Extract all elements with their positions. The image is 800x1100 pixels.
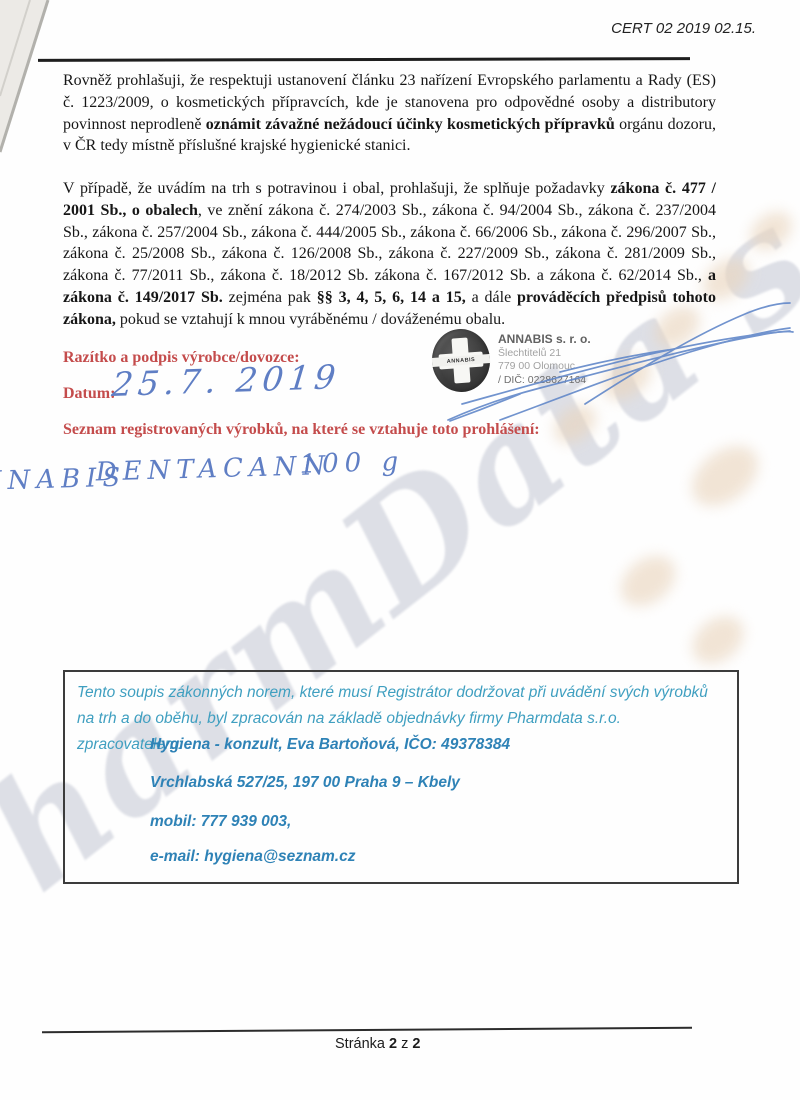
stamp-city: 779 00 Olomouc xyxy=(498,360,591,374)
page-number-total: 2 xyxy=(412,1036,420,1052)
stamp-street: Šlechtitelů 21 xyxy=(498,347,591,361)
document-code: CERT 02 2019 02.15. xyxy=(611,20,756,37)
contact-email: e-mail: hygiena@seznam.cz xyxy=(150,848,356,866)
page-number-separator: z xyxy=(397,1036,412,1052)
page-number: Stránka 2 z 2 xyxy=(335,1036,420,1052)
contact-address: Vrchlabská 527/25, 197 00 Praha 9 – Kbel… xyxy=(150,774,460,792)
header-rule xyxy=(38,57,690,61)
contact-name: Hygiena - konzult, Eva Bartoňová, IČO: 4… xyxy=(150,736,510,754)
contact-mobile: mobil: 777 939 003, xyxy=(150,813,291,831)
footer-rule xyxy=(42,1027,692,1034)
handwritten-product-line: ANNABIS DENTACANN 100 g xyxy=(0,436,800,518)
watermark-beige-fringe xyxy=(611,546,684,616)
paragraph-cosmetics-regulation: Rovněž prohlašuji, že respektuji ustanov… xyxy=(63,70,716,157)
watermark-beige-fringe xyxy=(684,607,753,673)
registered-products-label: Seznam registrovaných výrobků, na které … xyxy=(63,421,540,439)
handwritten-product-quantity: 100 g xyxy=(299,447,404,480)
page-number-prefix: Stránka xyxy=(335,1036,389,1052)
handwritten-product-name: DENTACANN xyxy=(95,451,331,488)
stamp-company-details: ANNABIS s. r. o. Šlechtitelů 21 779 00 O… xyxy=(498,333,591,387)
paragraph-packaging-law: V případě, že uvádím na trh s potravinou… xyxy=(63,178,716,331)
stamp-tax-id: / DIČ: 0228627164 xyxy=(498,374,591,388)
handwritten-date: 25.7. 2019 xyxy=(110,357,342,404)
scanned-document-page: PharmData s. r. o. CERT 02 2019 02.15. R… xyxy=(0,0,800,1100)
page-number-current: 2 xyxy=(389,1036,397,1052)
registrar-info-box: Tento soupis zákonných norem, které musí… xyxy=(63,670,739,884)
date-label: Datum: xyxy=(63,385,115,403)
stamp-company-name: ANNABIS s. r. o. xyxy=(498,333,591,347)
